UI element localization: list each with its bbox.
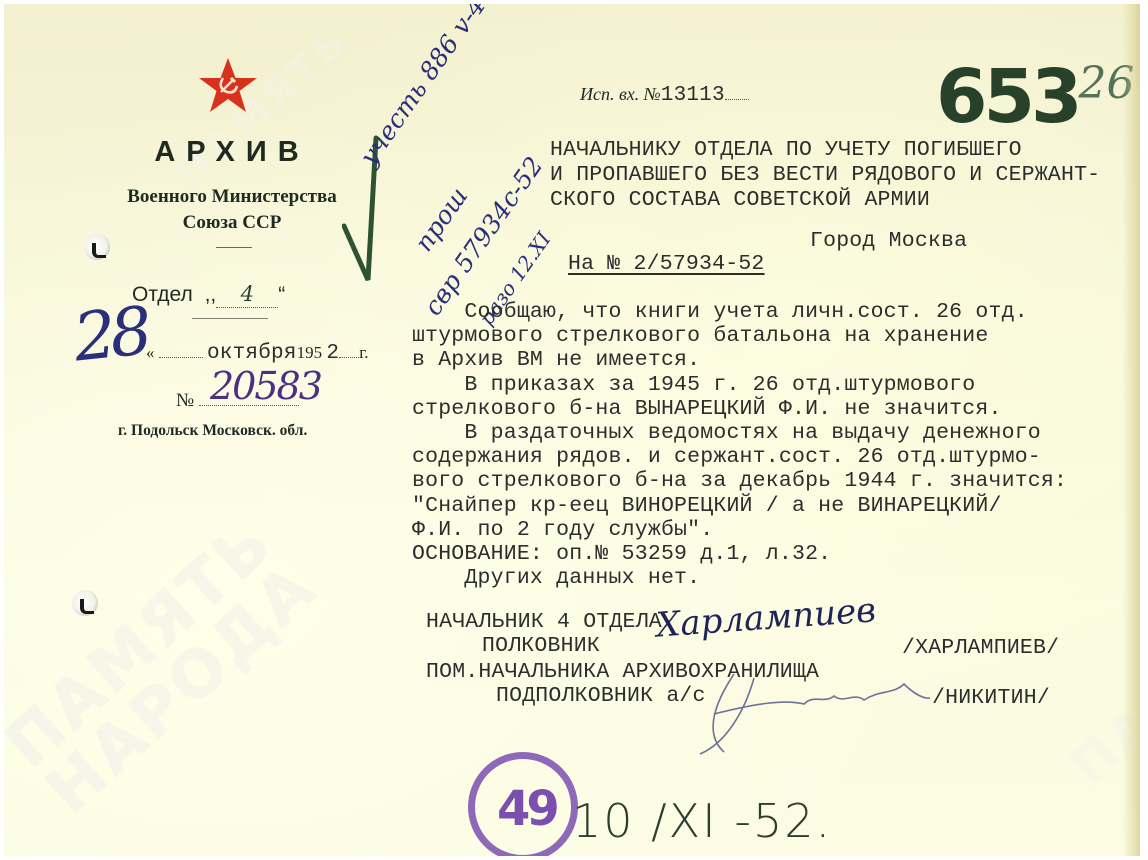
archive-file-number: 65326 — [936, 54, 1134, 140]
signature-1-handwritten: Харлампиев — [655, 590, 877, 645]
signature-2-rank: ПОДПОЛКОВНИК а/с — [496, 684, 706, 708]
letter-body: Сообщаю, что книги учета личн.сост. 26 о… — [412, 300, 1067, 590]
punch-hole-top — [84, 234, 110, 260]
margin-note-1: учесть 886 v-45 — [354, 4, 501, 171]
date-day-handwritten: 28 — [70, 292, 150, 376]
addressee-line-2: И ПРОПАВШЕГО БЕЗ ВЕСТИ РЯДОВОГО И СЕРЖАН… — [550, 163, 1100, 187]
signature-2-handwritten: Никитин — [694, 664, 934, 769]
signature-1-title: НАЧАЛЬНИК 4 ОТДЕЛА — [426, 610, 662, 634]
date-field: « октября195 2г. — [146, 342, 369, 365]
body-line: В приказах за 1945 г. 26 отд.штурмового — [412, 373, 1067, 397]
body-line: Ф.И. по 2 году службы". — [412, 518, 1067, 542]
body-line: В раздаточных ведомостях на выдачу денеж… — [412, 421, 1067, 445]
signature-2-name: /НИКИТИН/ — [932, 686, 1050, 710]
body-line: Других данных нет. — [412, 566, 1067, 590]
body-line: Сообщаю, что книги учета личн.сост. 26 о… — [412, 300, 1067, 324]
letterhead-divider — [216, 247, 252, 248]
signature-1-rank: ПОЛКОВНИК — [482, 634, 600, 658]
archive-title: АРХИВ — [132, 136, 332, 169]
department-value: 4 — [241, 282, 254, 306]
department-divider — [192, 318, 268, 319]
outgoing-number-handwritten: 20583 — [210, 364, 321, 408]
body-line: ОСНОВАНИЕ: оп.№ 53259 д.1, л.32. — [412, 542, 1067, 566]
body-line: стрелкового б-на ВЫНАРЕЦКИЙ Ф.И. не знач… — [412, 397, 1067, 421]
stamp-number: 49 — [497, 781, 556, 837]
ministry-name: Военного Министерства Союза ССР — [94, 184, 370, 236]
punch-hole-bottom — [72, 590, 98, 616]
body-line: штурмового стрелкового батальона на хран… — [412, 324, 1067, 348]
body-line: вого стрелкового б-на за декабрь 1944 г.… — [412, 469, 1067, 493]
body-line: в Архив ВМ не имеется. — [412, 348, 1067, 372]
addressee-city: Город Москва — [810, 229, 967, 253]
signature-1-name: /ХАРЛАМПИЕВ/ — [902, 636, 1059, 660]
body-line: содержания рядов. и сержант.сост. 26 отд… — [412, 445, 1067, 469]
addressee-line-3: СКОГО СОСТАВА СОВЕТСКОЙ АРМИИ — [550, 188, 930, 212]
incoming-number: Исп. вх. №13113 — [580, 84, 749, 107]
watermark-top-left: ПАМЯТЬ — [166, 17, 358, 196]
received-date: 10 /XI -52. — [572, 794, 832, 848]
registry-stamp: 49 — [468, 752, 578, 856]
red-star-hammer-sickle-icon — [197, 56, 259, 119]
date-month: октября — [207, 342, 297, 365]
watermark-bottom-left: ПАМЯТЬ НАРОДА — [4, 508, 327, 824]
reference-number: На № 2/57934-52 — [568, 252, 765, 276]
location: г. Подольск Московск. обл. — [118, 422, 307, 440]
archive-document-page: ПАМЯТЬ НАРОДА ПАМЯТЬ ПАМЯТЬ АРХИВ Военно… — [4, 4, 1140, 856]
watermark-right: ПАМЯТЬ — [1059, 570, 1140, 798]
body-line: "Снайпер кр-еец ВИНОРЕЦКИЙ / а не ВИНАРЕ… — [412, 494, 1067, 518]
addressee-line-1: НАЧАЛЬНИКУ ОТДЕЛА ПО УЧЕТУ ПОГИБШЕГО — [550, 138, 1022, 162]
department-field: Отдел ,,4“ — [132, 282, 285, 308]
